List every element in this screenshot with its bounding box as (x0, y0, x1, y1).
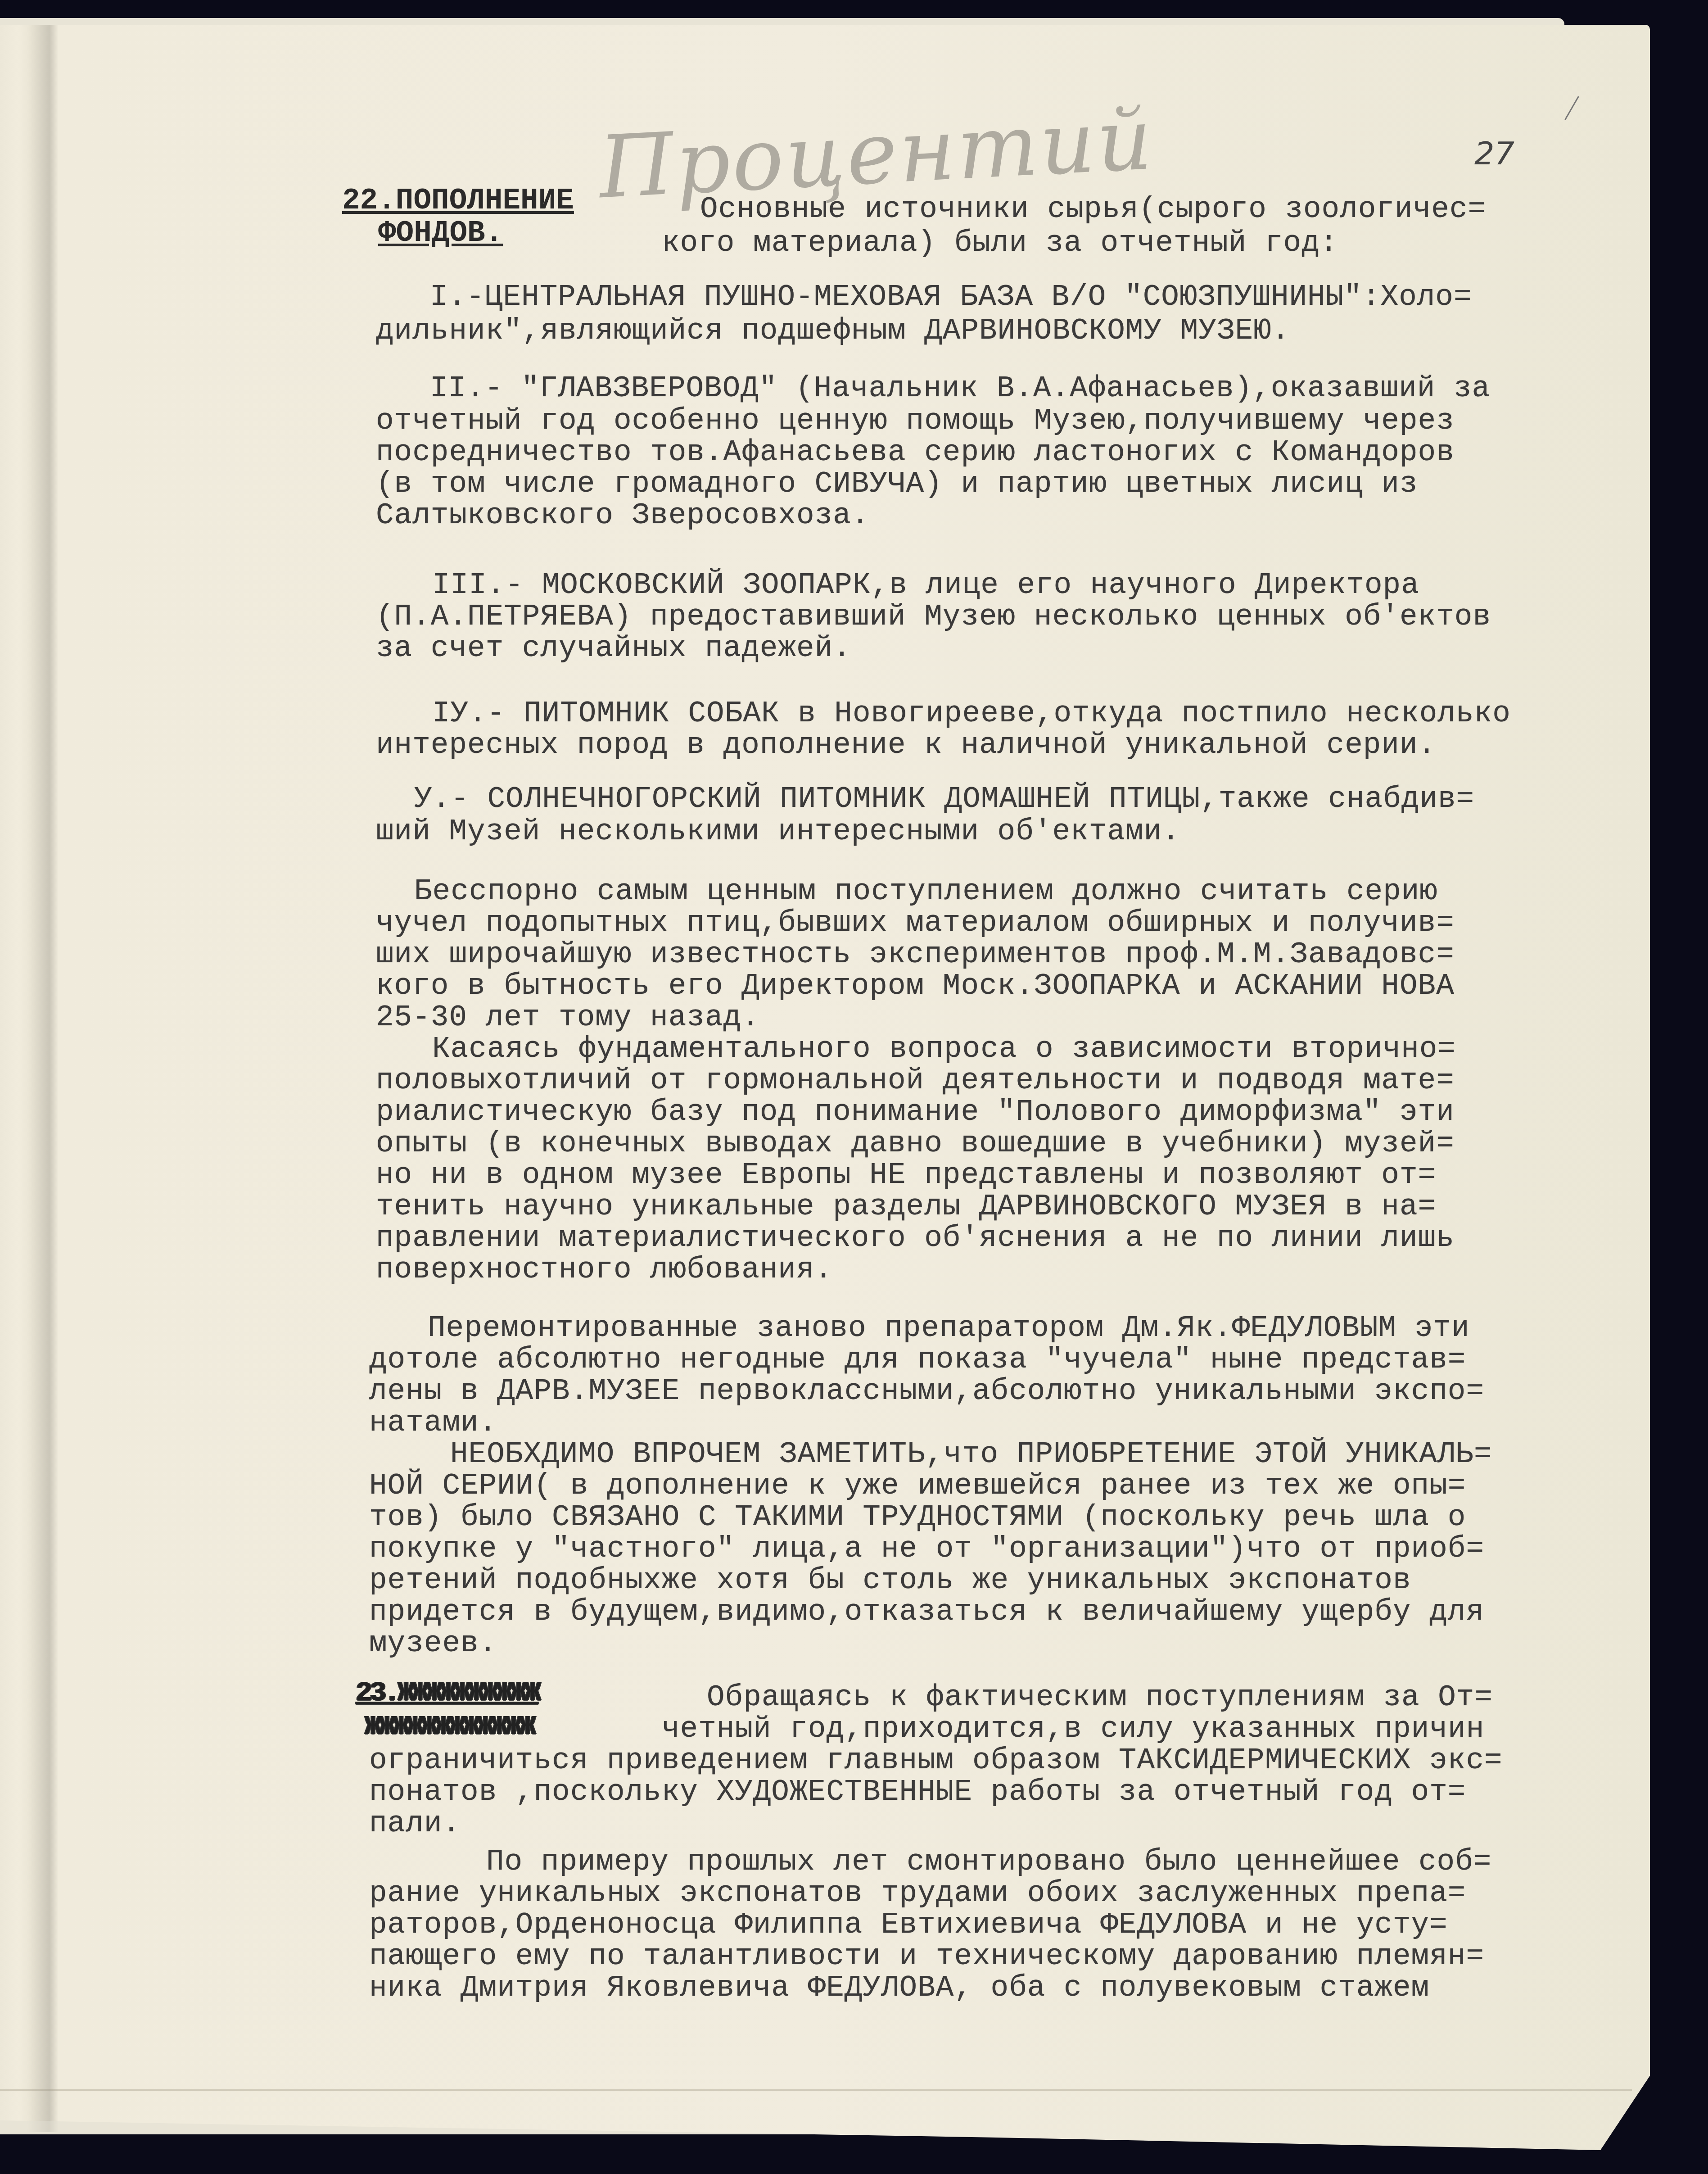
text-line: тов) было СВЯЗАНО С ТАКИМИ ТРУДНОСТЯМИ (… (369, 1502, 1466, 1533)
text-line: II.- "ГЛАВЗВЕРОВОД" (Начальник В.А.Афана… (430, 373, 1490, 404)
text-line: ретений подобныхже хотя бы столь же уник… (369, 1565, 1411, 1596)
section-23-heading-struck-line1: 23.ЖЖЖЖЖЖЖЖЖЖ (356, 1675, 538, 1711)
binding-fold (27, 25, 59, 2132)
text-line: I.-ЦЕНТРАЛЬНАЯ ПУШНО-МЕХОВАЯ БАЗА В/О "С… (430, 281, 1472, 313)
section-23-heading-struck-line2: ЖЖЖЖЖЖЖЖЖЖЖЖ (365, 1709, 533, 1745)
text-line: опыты (в конечных выводах давно вошедшие… (376, 1128, 1455, 1159)
text-line: ший Музей несколькими интересными об'ект… (376, 816, 1180, 847)
text-line: Салтыковского Зверосовхоза. (376, 500, 869, 531)
text-line: но ни в одном музее Европы НЕ представле… (376, 1159, 1436, 1191)
text-line: III.- МОСКОВСКИЙ ЗООПАРК,в лице его науч… (432, 570, 1419, 601)
text-line: поверхностного любования. (376, 1254, 833, 1285)
text-line: пающего ему по талантливости и техническ… (369, 1941, 1484, 1972)
text-line: Основные источники сырья(сырого зоологич… (700, 194, 1486, 225)
text-line: По примеру прошлых лет смонтировано было… (486, 1846, 1491, 1877)
text-line: пали. (369, 1808, 461, 1839)
text-line: (П.А.ПЕТРЯЕВА) предоставивший Музею неск… (376, 601, 1491, 632)
text-line: раторов,Орденоносца Филиппа Евтихиевича … (369, 1909, 1448, 1940)
text-line: риалистическую базу под понимание "Полов… (376, 1096, 1455, 1128)
text-line: правлении материалистического об'яснения… (376, 1223, 1455, 1254)
text-line: тенить научно уникальные разделы ДАРВИНО… (376, 1191, 1436, 1222)
text-line: чучел подопытных птиц,бывших материалом … (376, 907, 1455, 938)
text-line: Касаясь фундаментального вопроса о завис… (432, 1033, 1456, 1064)
text-line: посредничество тов.Афанасьева серию ласт… (376, 437, 1455, 468)
text-line: музеев. (369, 1628, 497, 1659)
page-number: 27 (1474, 135, 1514, 172)
text-line: ограничиться приведением главным образом… (369, 1745, 1503, 1776)
text-line: (в том числе громадного СИВУЧА) и партию… (376, 468, 1418, 499)
text-line: придется в будущем,видимо,отказаться к в… (369, 1596, 1484, 1627)
text-line: дильник",являющийся подшефным ДАРВИНОВСК… (376, 315, 1290, 346)
text-line: Обращаясь к фактическим поступлениям за … (707, 1682, 1493, 1713)
text-line: покупке у "частного" лица,а не от "орган… (369, 1533, 1484, 1564)
text-line: за счет случайных падежей. (376, 633, 851, 664)
section-22-heading-line1: 22.ПОПОЛНЕНИЕ (342, 185, 574, 217)
text-line: лены в ДАРВ.МУЗЕЕ первоклассными,абсолют… (369, 1376, 1484, 1407)
text-line: натами. (369, 1407, 497, 1438)
text-line: понатов ,поскольку ХУДОЖЕСТВЕННЫЕ работы… (369, 1776, 1466, 1807)
text-line: четный год,приходится,в силу указанных п… (662, 1713, 1484, 1744)
text-line: Перемонтированные заново препаратором Дм… (428, 1313, 1470, 1344)
text-line: Бесспорно самым ценным поступлением долж… (414, 876, 1438, 907)
text-line: кого в бытность его Директором Моск.ЗООП… (376, 970, 1455, 1001)
section-22-heading-line2: ФОНДОВ. (378, 217, 503, 249)
text-line: дотоле абсолютно негодные для показа "чу… (369, 1344, 1466, 1375)
text-line: IУ.- ПИТОМНИК СОБАК в Новогирееве,откуда… (432, 698, 1511, 729)
text-line: У.- СОЛНЕЧНОГОРСКИЙ ПИТОМНИК ДОМАШНЕЙ ПТ… (414, 784, 1474, 815)
text-line: рание уникальных экспонатов трудами обои… (369, 1878, 1466, 1909)
text-line: ших широчайшую известность экспериментов… (376, 939, 1455, 970)
text-line: ника Дмитрия Яковлевича ФЕДУЛОВА, оба с … (369, 1972, 1429, 2003)
text-line: НОЙ СЕРИИ( в дополнение к уже имевшейся … (369, 1470, 1466, 1501)
text-line: 25-30 лет тому назад. (376, 1002, 760, 1033)
text-line: кого материала) были за отчетный год: (662, 227, 1338, 258)
text-line: НЕОБХДИМО ВПРОЧЕМ ЗАМЕТИТЬ,что ПРИОБРЕТЕ… (450, 1439, 1492, 1470)
text-line: отчетный год особенно ценную помощь Музе… (376, 405, 1455, 436)
text-line: интересных пород в дополнение к наличной… (376, 729, 1436, 761)
text-line: половыхотличий от гормональной деятельно… (376, 1065, 1455, 1096)
